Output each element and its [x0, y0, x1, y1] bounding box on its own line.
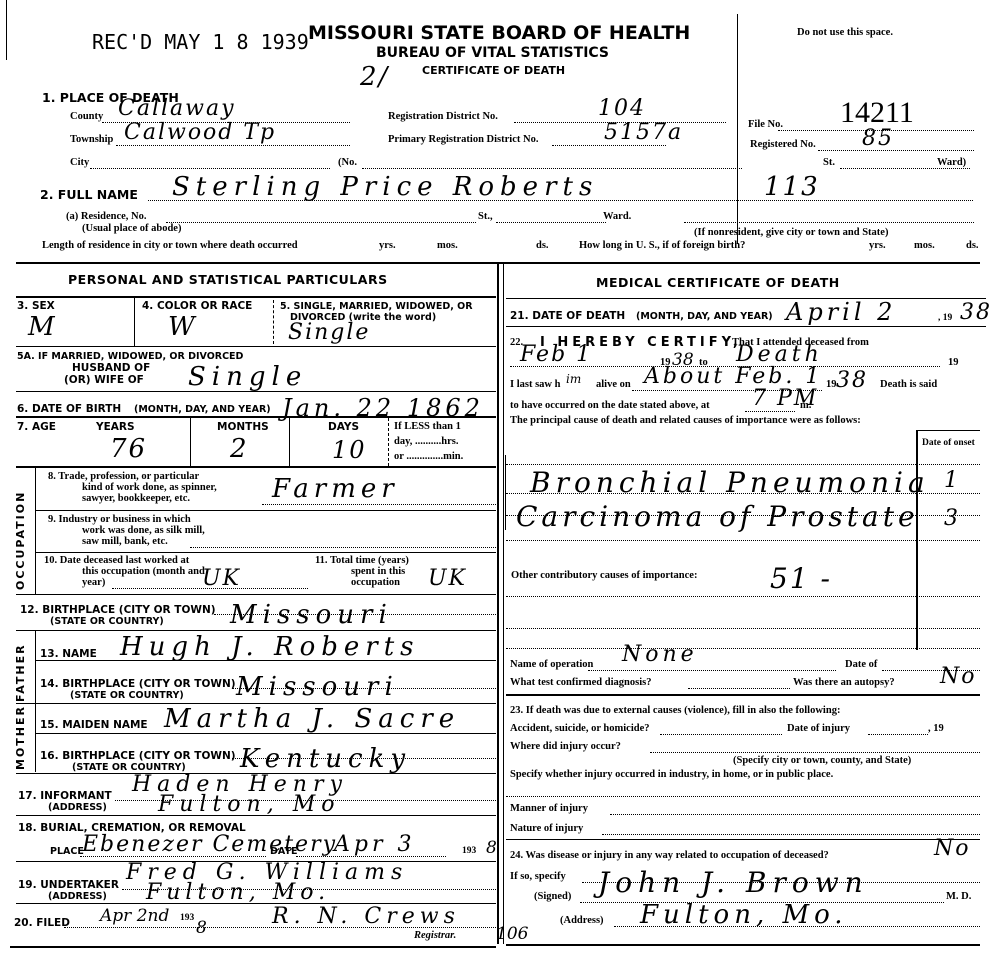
informant-label: 17. INFORMANT: [18, 790, 112, 802]
onset-header: Date of onset: [922, 438, 975, 448]
header-divider: [737, 14, 738, 244]
attended-to-year-prefix: 19: [948, 357, 959, 368]
father-birthplace-sublabel: (STATE OR COUNTRY): [70, 690, 184, 701]
alive-on-year[interactable]: 38: [836, 368, 868, 393]
less-than-day-min: or ..............min.: [394, 451, 463, 462]
burial-year-value[interactable]: 8: [486, 838, 497, 858]
less-than-day-label: If LESS than 1: [394, 421, 461, 432]
father-name-value[interactable]: Hugh J. Roberts: [120, 632, 420, 662]
spouse-wife-label: (OR) WIFE OF: [64, 374, 144, 386]
occupation-side-label: OCCUPATION: [14, 480, 27, 590]
marital-status-label: 5. SINGLE, MARRIED, WIDOWED, OR: [280, 301, 473, 312]
trade-label-1: 8. Trade, profession, or particular: [48, 471, 199, 482]
last-worked-value[interactable]: UK: [202, 566, 241, 591]
race-value[interactable]: W: [168, 312, 197, 342]
occupation-related-value[interactable]: No: [934, 836, 971, 861]
registrar-signature[interactable]: R. N. Crews: [272, 904, 460, 929]
marital-status-value[interactable]: Single: [288, 320, 370, 345]
filed-margin-note: 106: [496, 924, 528, 944]
last-worked-label-1: 10. Date deceased last worked at: [44, 555, 189, 566]
industry-label-3: saw mill, bank, etc.: [82, 536, 168, 547]
county-label: County: [70, 111, 103, 122]
registered-no-value[interactable]: 85: [862, 126, 894, 151]
secondary-cause-value[interactable]: Carcinoma of Prostate: [516, 500, 919, 533]
registration-district-value[interactable]: 104: [598, 96, 646, 121]
age-months-value[interactable]: 2: [230, 434, 249, 464]
external-causes-label: 23. If death was due to external causes …: [510, 705, 840, 716]
primary-district-label: Primary Registration District No.: [388, 134, 538, 145]
residence-street-label: St.,: [478, 211, 493, 222]
birthplace-sublabel: (STATE OR COUNTRY): [50, 616, 164, 627]
operation-date-label: Date of: [845, 659, 877, 670]
residence-sublabel: (Usual place of abode): [82, 223, 181, 234]
principal-cause-label: The principal cause of death and related…: [510, 415, 861, 426]
alive-on-year-prefix: 19: [826, 379, 837, 390]
township-value[interactable]: Calwood Tp: [124, 120, 276, 145]
reserved-space-note: Do not use this space.: [797, 27, 893, 38]
house-no-label: (No.: [338, 157, 357, 168]
months-label: MONTHS: [217, 421, 269, 433]
undertaker-address-value[interactable]: Fulton, Mo.: [146, 880, 330, 905]
registration-district-label: Registration District No.: [388, 111, 498, 122]
column-divider-right: [503, 264, 504, 944]
spouse-value[interactable]: Single: [188, 362, 307, 392]
registered-no-label: Registered No.: [750, 139, 816, 150]
burial-date-value[interactable]: Apr 3: [334, 832, 415, 857]
mother-name-value[interactable]: Martha J. Sacre: [164, 704, 460, 734]
full-name-annotation: 113: [764, 172, 820, 202]
physician-signature[interactable]: John J. Brown: [598, 866, 869, 899]
father-side-label: FATHER: [14, 636, 27, 702]
file-no-label: File No.: [748, 119, 783, 130]
date-of-death-sublabel: (MONTH, DAY, AND YEAR): [636, 311, 773, 322]
total-time-value[interactable]: UK: [428, 566, 467, 591]
mos-label: mos.: [437, 240, 458, 251]
last-saw-pronoun[interactable]: im: [566, 372, 581, 386]
primary-cause-value[interactable]: Bronchial Pneumonia: [530, 466, 930, 499]
father-name-label: 13. NAME: [40, 648, 97, 660]
autopsy-label: Was there an autopsy?: [793, 677, 895, 688]
document-title: MISSOURI STATE BOARD OF HEALTH: [308, 22, 690, 44]
md-label: M. D.: [946, 891, 971, 902]
informant-address-value[interactable]: Fulton, Mo: [158, 792, 340, 817]
mother-birthplace-label: 16. BIRTHPLACE (CITY OR TOWN): [40, 750, 236, 762]
city-label: City: [70, 157, 89, 168]
autopsy-value[interactable]: No: [940, 664, 977, 689]
total-time-label-1: 11. Total time (years): [315, 555, 409, 566]
test-confirmed-label: What test confirmed diagnosis?: [510, 677, 651, 688]
signed-label: (Signed): [534, 891, 571, 902]
age-label: 7. AGE: [17, 421, 56, 433]
street-label: St.: [823, 157, 835, 168]
residence-label: (a) Residence, No.: [66, 211, 146, 222]
years-label: YEARS: [96, 421, 135, 433]
alive-on-label: alive on: [596, 379, 631, 390]
age-days-value[interactable]: 10: [332, 436, 367, 464]
personal-section-title: PERSONAL AND STATISTICAL PARTICULARS: [68, 272, 388, 287]
burial-place-label: PLACE: [50, 846, 84, 857]
sex-label: 3. SEX: [17, 300, 55, 312]
file-no-value[interactable]: 14211: [840, 96, 914, 130]
industry-label-1: 9. Industry or business in which: [48, 514, 191, 525]
if-so-specify-label: If so, specify: [510, 871, 566, 882]
spouse-label: 5A. IF MARRIED, WIDOWED, OR DIVORCED: [17, 351, 243, 362]
full-name-value[interactable]: Sterling Price Roberts: [172, 172, 598, 202]
date-of-death-value[interactable]: April 2: [786, 298, 896, 326]
days-label: DAYS: [328, 421, 359, 433]
date-of-death-year[interactable]: 38: [960, 300, 992, 325]
injury-location-label: Where did injury occur?: [510, 741, 621, 752]
ward-label: Ward): [937, 157, 966, 168]
injury-date-label: Date of injury: [787, 723, 850, 734]
spouse-husband-label: HUSBAND OF: [72, 362, 150, 374]
secondary-cause-onset[interactable]: 3: [944, 506, 960, 531]
birthplace-value[interactable]: Missouri: [230, 600, 393, 630]
mother-name-label: 15. MAIDEN NAME: [40, 719, 148, 731]
annotation-mark: 2/: [360, 62, 389, 92]
primary-cause-onset[interactable]: 1: [944, 468, 960, 493]
injury-location-sublabel: (Specify city or town, county, and State…: [733, 755, 911, 766]
time-m-label: m.: [800, 400, 811, 411]
dob-label: 6. DATE OF BIRTH: [17, 403, 121, 415]
trade-value[interactable]: Farmer: [272, 474, 399, 504]
burial-year-prefix: 193: [462, 846, 476, 856]
father-birthplace-label: 14. BIRTHPLACE (CITY OR TOWN): [40, 678, 236, 690]
full-name-label: 2. FULL NAME: [40, 187, 138, 202]
physician-address-label: (Address): [560, 915, 604, 926]
date-of-death-year-prefix: , 19: [938, 313, 952, 323]
foreign-birth-label: How long in U. S., if of foreign birth?: [579, 240, 745, 251]
primary-district-value[interactable]: 5157a: [604, 120, 683, 145]
foreign-ds-label: ds.: [966, 240, 979, 251]
mother-birthplace-value[interactable]: Kentucky: [240, 744, 411, 774]
undertaker-label: 19. UNDERTAKER: [18, 879, 119, 891]
dob-sublabel: (MONTH, DAY, AND YEAR): [134, 404, 271, 415]
informant-address-label: (ADDRESS): [48, 802, 107, 813]
total-time-label-3: occupation: [351, 577, 400, 588]
occurred-at-label: to have occurred on the date stated abov…: [510, 400, 710, 411]
operation-value[interactable]: None: [622, 642, 698, 667]
township-label: Township: [70, 134, 113, 145]
nonresident-note: (If nonresident, give city or town and S…: [694, 227, 888, 238]
last-worked-label-2: this occupation (month and: [82, 566, 205, 577]
residence-ward-label: Ward.: [603, 211, 631, 222]
foreign-mos-label: mos.: [914, 240, 935, 251]
last-worked-label-3: year): [82, 577, 105, 588]
filed-year-prefix: 193: [180, 913, 194, 923]
trade-label-2: kind of work done, as spinner,: [82, 482, 217, 493]
injury-place-type-label: Specify whether injury occurred in indus…: [510, 769, 833, 780]
date-of-death-label: 21. DATE OF DEATH: [510, 310, 625, 322]
less-than-day-hrs: day, ..........hrs.: [394, 436, 458, 447]
length-of-residence-label: Length of residence in city or town wher…: [42, 240, 298, 251]
mother-side-label: MOTHER: [14, 708, 27, 770]
form-name: CERTIFICATE OF DEATH: [422, 64, 565, 77]
age-years-value[interactable]: 76: [110, 434, 147, 464]
foreign-yrs-label: yrs.: [869, 240, 886, 251]
sex-value[interactable]: M: [28, 312, 57, 342]
last-saw-label: I last saw h: [510, 379, 560, 390]
registrar-label: Registrar.: [414, 930, 456, 941]
physician-address-value[interactable]: Fulton, Mo.: [640, 900, 848, 930]
injury-year-prefix: , 19: [928, 723, 944, 734]
industry-label-2: work was done, as silk mill,: [82, 525, 205, 536]
county-value[interactable]: Callaway: [118, 96, 236, 121]
other-causes-label: Other contributory causes of importance:: [511, 570, 697, 581]
burial-place-value[interactable]: Ebenezer Cemetery: [82, 832, 337, 857]
undertaker-address-label: (ADDRESS): [48, 891, 107, 902]
other-causes-value[interactable]: 51 -: [770, 562, 832, 595]
column-divider-left: [497, 264, 499, 944]
ds-label: ds.: [536, 240, 549, 251]
trade-label-3: sawyer, bookkeeper, etc.: [82, 493, 190, 504]
filed-label: 20. FILED: [14, 917, 70, 929]
attended-from-value[interactable]: Feb 1: [520, 342, 592, 367]
filed-year-value[interactable]: 8: [196, 918, 207, 938]
filed-date-value[interactable]: Apr 2nd: [100, 906, 169, 926]
father-birthplace-value[interactable]: Missouri: [236, 672, 399, 702]
total-time-label-2: spent in this: [351, 566, 405, 577]
death-is-said-label: Death is said: [880, 379, 937, 390]
nature-of-injury-label: Nature of injury: [510, 823, 583, 834]
medical-section-title: MEDICAL CERTIFICATE OF DEATH: [596, 275, 840, 290]
received-stamp: REC'D MAY 1 8 1939: [92, 30, 309, 54]
yrs-label: yrs.: [379, 240, 396, 251]
document-subtitle: BUREAU OF VITAL STATISTICS: [376, 45, 609, 61]
birthplace-label: 12. BIRTHPLACE (CITY OR TOWN): [20, 604, 216, 616]
operation-label: Name of operation: [510, 659, 593, 670]
manner-of-injury-label: Manner of injury: [510, 803, 588, 814]
burial-date-label: DATE: [270, 846, 297, 857]
race-label: 4. COLOR OR RACE: [142, 300, 252, 312]
accident-label: Accident, suicide, or homicide?: [510, 723, 650, 734]
occupation-related-label: 24. Was disease or injury in any way rel…: [510, 850, 829, 861]
left-margin-edge: [6, 0, 7, 60]
